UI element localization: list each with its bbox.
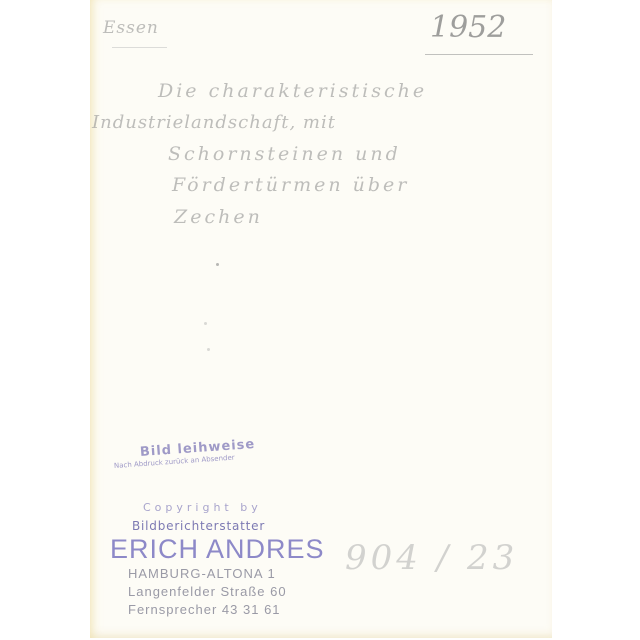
paper-speck bbox=[204, 322, 207, 325]
caption-line: Schornsteinen und bbox=[168, 143, 401, 165]
copyright-stamp-address: HAMBURG-ALTONA 1 bbox=[128, 566, 276, 581]
copyright-stamp-address: Langenfelder Straße 60 bbox=[128, 584, 287, 599]
paper-speck bbox=[207, 348, 210, 351]
copyright-stamp-line: Copyright by bbox=[143, 501, 262, 514]
pencil-note-year: 1952 bbox=[430, 10, 506, 45]
caption-line: Die charakteristische bbox=[158, 80, 427, 102]
caption-line: Fördertürmen über bbox=[172, 174, 409, 196]
year-underline bbox=[425, 54, 533, 55]
copyright-stamp-phone: Fernsprecher 43 31 61 bbox=[128, 602, 281, 617]
caption-line: Industrielandschaft, mit bbox=[92, 112, 336, 133]
location-underline bbox=[112, 47, 167, 48]
paper-speck bbox=[216, 263, 219, 266]
caption-line: Zechen bbox=[174, 206, 263, 228]
copyright-stamp-name: ERICH ANDRES bbox=[110, 534, 325, 565]
copyright-stamp-role: Bildberichterstatter bbox=[132, 519, 265, 533]
pencil-note-location: Essen bbox=[103, 18, 159, 38]
pencil-archive-number: 904 / 23 bbox=[345, 538, 518, 578]
